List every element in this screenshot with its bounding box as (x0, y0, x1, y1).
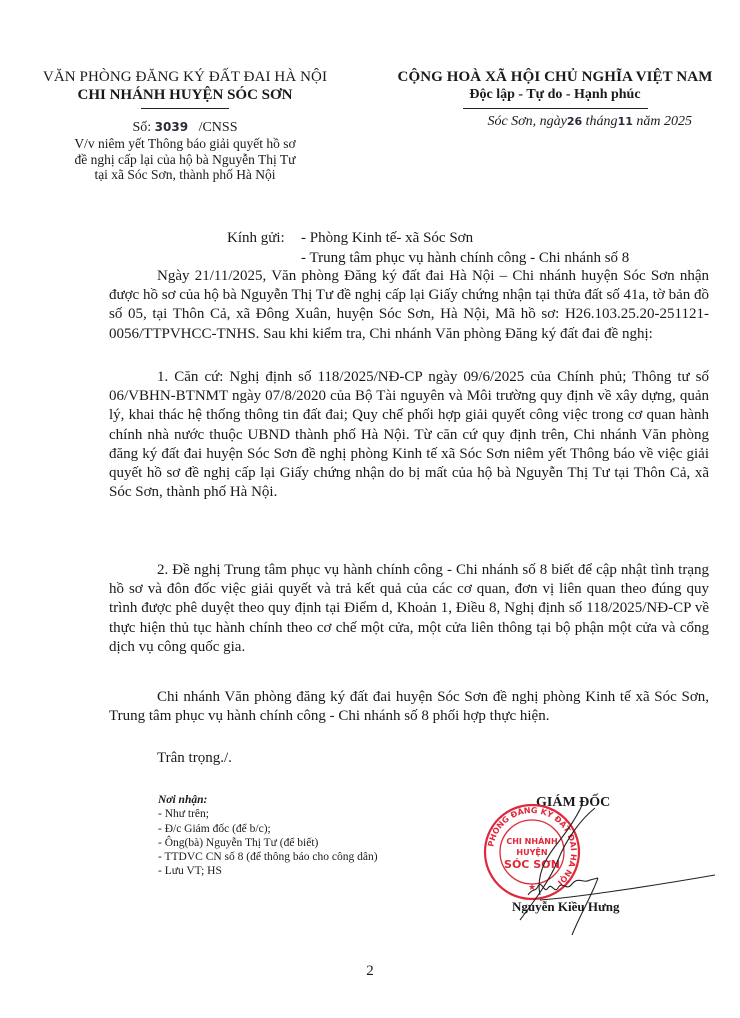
paragraph-item-1: 1. Căn cứ: Nghị định số 118/2025/NĐ-CP n… (109, 368, 709, 502)
place-and-date: Sóc Sơn, ngày26 tháng11 năm 2025 (370, 114, 740, 130)
doc-number-suffix: /CNSS (199, 120, 238, 135)
recipient-item: - Trung tâm phục vụ hành chính công - Ch… (227, 248, 629, 268)
month-label: tháng (586, 114, 618, 129)
motto-divider (463, 108, 648, 109)
cc-item: - Ông(bà) Nguyễn Thị Tư (để biết) (158, 836, 378, 850)
nation-title: CỘNG HOÀ XÃ HỘI CHỦ NGHĨA VIỆT NAM (370, 68, 740, 86)
signer-name: Nguyễn Kiều Hưng (512, 899, 620, 915)
recipients-label: Kính gửi: (227, 228, 301, 248)
document-number: Số: 3039 /CNSS (0, 119, 370, 136)
paragraph-request: Chi nhánh Văn phòng đăng ký đất đai huyệ… (109, 688, 709, 726)
cc-item: - Lưu VT; HS (158, 864, 378, 878)
doc-number-handwritten: 3039 (155, 120, 188, 134)
issuer-header: VĂN PHÒNG ĐĂNG KÝ ĐẤT ĐAI HÀ NỘI CHI NHÁ… (0, 68, 370, 183)
paragraph-intro: Ngày 21/11/2025, Văn phòng Đăng ký đất đ… (109, 267, 709, 344)
cc-title: Nơi nhận: (158, 793, 378, 807)
cc-item: - Đ/c Giám đốc (để b/c); (158, 822, 378, 836)
handwritten-signature-icon (480, 800, 720, 940)
header-divider (141, 108, 229, 109)
place-date-prefix: Sóc Sơn, ngày (487, 114, 566, 129)
national-header: CỘNG HOÀ XÃ HỘI CHỦ NGHĨA VIỆT NAM Độc l… (370, 68, 740, 130)
cc-item: - TTDVC CN số 8 (để thông báo cho công d… (158, 850, 378, 864)
doc-number-label: Số: (132, 120, 151, 135)
cc-list: Nơi nhận: - Như trên; - Đ/c Giám đốc (để… (158, 793, 378, 879)
national-motto: Độc lập - Tự do - Hạnh phúc (370, 86, 740, 104)
body-paragraph: Ngày 21/11/2025, Văn phòng Đăng ký đất đ… (109, 267, 709, 344)
year-label: năm 2025 (636, 114, 692, 129)
body-paragraph: 2. Đề nghị Trung tâm phục vụ hành chính … (109, 561, 709, 657)
body-paragraph: Chi nhánh Văn phòng đăng ký đất đai huyệ… (109, 688, 709, 726)
closing-salutation: Trân trọng./. (157, 750, 232, 767)
branch-name: CHI NHÁNH HUYỆN SÓC SƠN (0, 86, 370, 104)
recipient-item: - Phòng Kinh tế- xã Sóc Sơn (301, 228, 473, 248)
cc-item: - Như trên; (158, 807, 378, 821)
recipients-block: Kính gửi: - Phòng Kinh tế- xã Sóc Sơn - … (227, 228, 629, 268)
day-handwritten: 26 (567, 115, 582, 128)
paragraph-item-2: 2. Đề nghị Trung tâm phục vụ hành chính … (109, 561, 709, 657)
agency-name: VĂN PHÒNG ĐĂNG KÝ ĐẤT ĐAI HÀ NỘI (0, 68, 370, 86)
page-number: 2 (0, 963, 740, 980)
body-paragraph: 1. Căn cứ: Nghị định số 118/2025/NĐ-CP n… (109, 368, 709, 502)
document-subject: V/v niêm yết Thông báo giải quyết hồ sơ … (70, 136, 300, 183)
month-handwritten: 11 (618, 115, 633, 128)
